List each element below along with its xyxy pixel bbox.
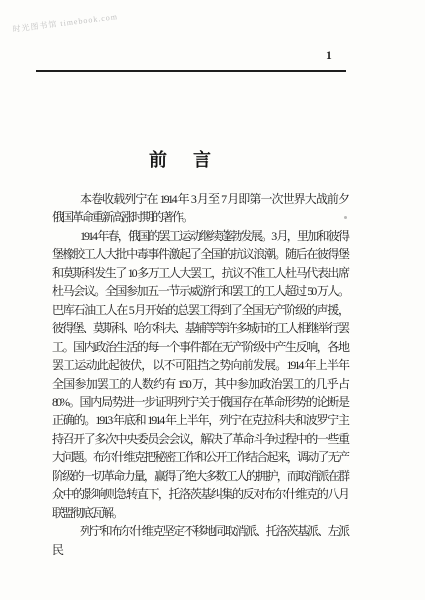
text-line: 1914 年春，俄国的罢工运动继续蓬勃发展。3 月，里加和彼得 [52, 227, 348, 245]
text-line: 工。国内政治生活的每一个事件都在无产阶级中产生反响，各地 [52, 338, 348, 356]
text-line: 杜马会议。全国参加五一节示威游行和罢工的工人超过 50 万人。 [52, 282, 348, 300]
text-line: 阶级的一切革命力量，赢得了绝大多数工人的拥护，而取消派在群 [52, 467, 348, 485]
text-line: 80%。国内局势进一步证明列宁关于俄国存在革命形势的论断是 [52, 393, 348, 411]
text-line: 正确的。1913 年底和 1914 年上半年，列宁在克拉科夫和波罗宁主 [52, 411, 348, 429]
text-line: 持召开了多次中央委员会会议，解决了革命斗争过程中的一些重 [52, 430, 348, 448]
text-line: 罢工运动此起彼伏，以不可阻挡之势向前发展。1914 年上半年 [52, 356, 348, 374]
text-line: 巴库石油工人在 5 月开始的总罢工得到了全国无产阶级的声援， [52, 301, 348, 319]
text-line: 俄国革命重新高涨时期的著作。 [52, 208, 348, 226]
text-line: 全国参加罢工的人数约有 150 万，其中参加政治罢工的几乎占 [52, 375, 348, 393]
text-line: 彼得堡、莫斯科、哈尔科夫、基辅等等许多城市的工人相继举行罢 [52, 319, 348, 337]
text-line: 众中的影响则急转直下，托洛茨基纠集的反对布尔什维克的八月 [52, 485, 348, 503]
page-title: 前 言 [52, 146, 312, 172]
watermark: 时光图书馆 timebook.com [12, 11, 119, 35]
header-rule [36, 70, 346, 72]
text-line: 联盟彻底瓦解。 [52, 504, 348, 522]
page-number: 1 [326, 50, 332, 62]
text-line: 列宁和布尔什维克坚定不移地同取消派、托洛茨基派、左派民 [52, 522, 348, 559]
text-line: 和莫斯科发生了 10 多万工人大罢工，抗议不准工人杜马代表出席 [52, 264, 348, 282]
book-page: 时光图书馆 timebook.com 1 前 言 本卷收载列宁在 1914 年 … [0, 0, 425, 600]
text-line: 堡橡胶工人大批中毒事件激起了全国的抗议浪潮。随后在彼得堡 [52, 245, 348, 263]
body-text: 本卷收载列宁在 1914 年 3 月至 7 月即第一次世界大战前夕 俄国革命重新… [52, 190, 348, 559]
text-line: 大问题。布尔什维克把秘密工作和公开工作结合起来，调动了无产 [52, 448, 348, 466]
text-line: 本卷收载列宁在 1914 年 3 月至 7 月即第一次世界大战前夕 [52, 190, 348, 208]
